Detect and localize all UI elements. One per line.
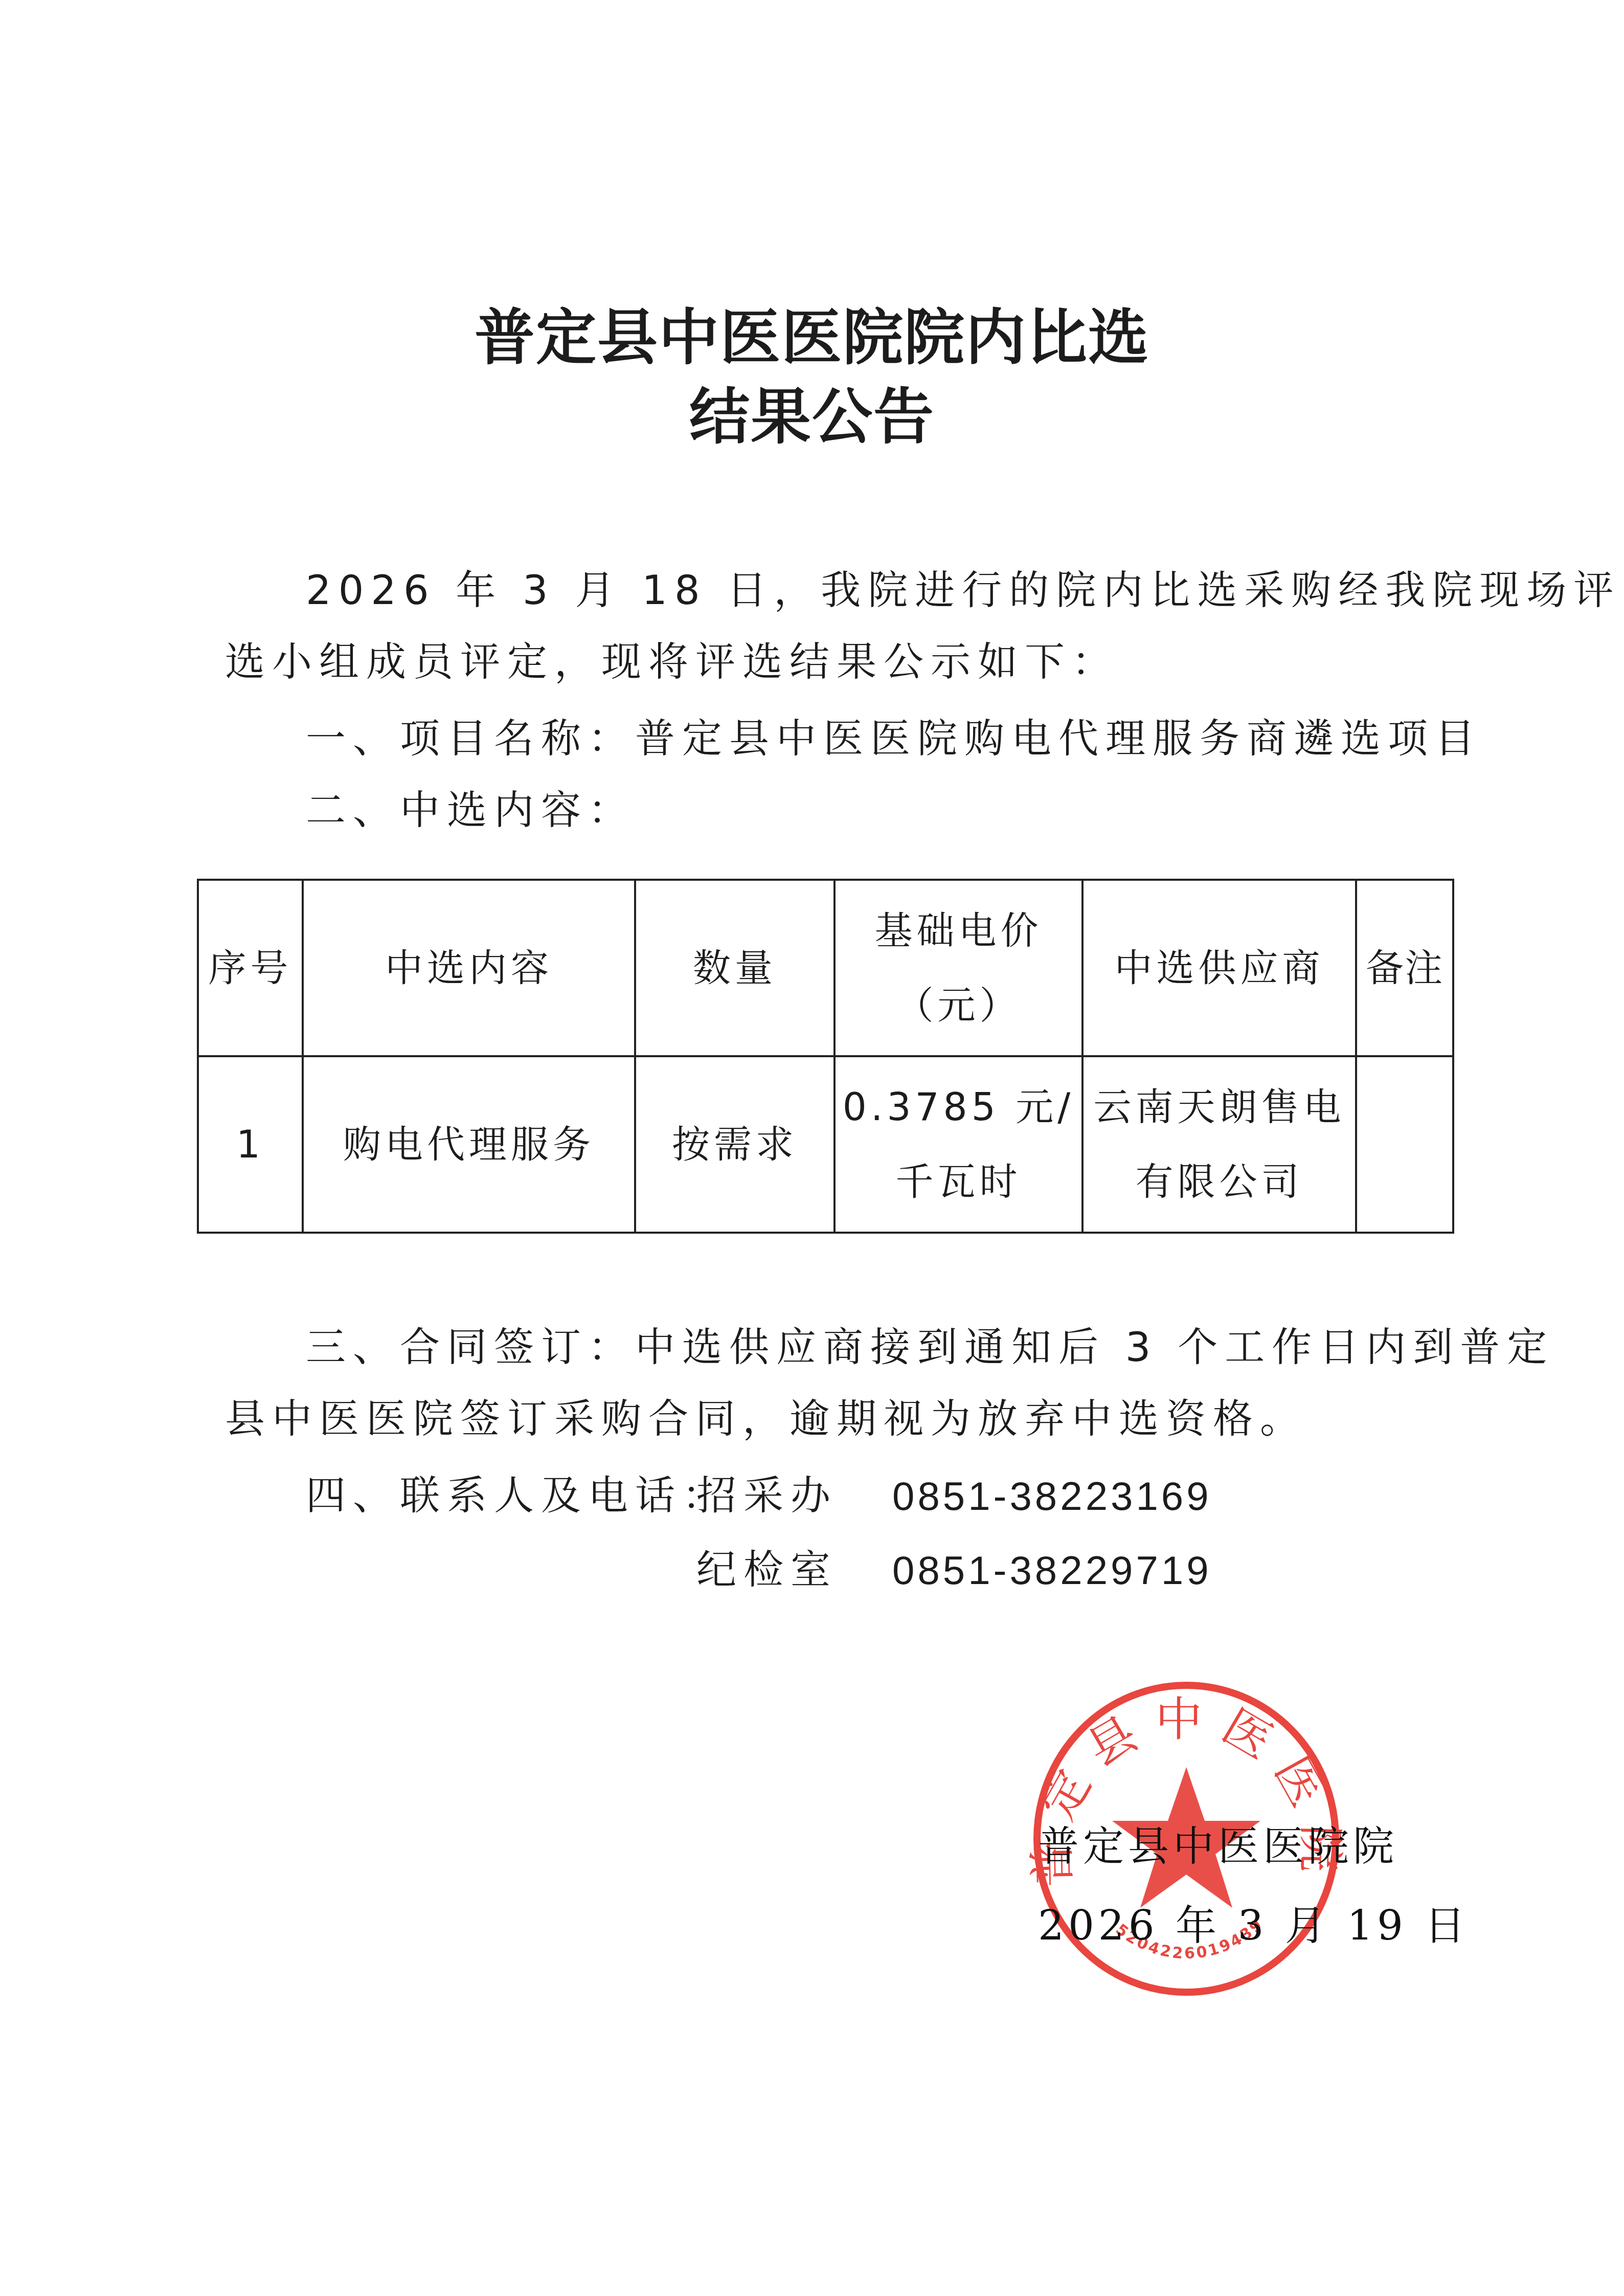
signature-date: 2026 年 3 月 19 日 [1038, 1900, 1469, 1951]
cell-price-line1: 0.3785 元/ [836, 1083, 1081, 1132]
cell-remarks [1356, 1056, 1453, 1233]
contact-phone-2: 0851-38229719 [892, 1545, 1212, 1596]
table-header-row: 序号 中选内容 数量 基础电价 （元） 中选供应商 备注 [198, 880, 1453, 1056]
header-supplier: 中选供应商 [1082, 880, 1356, 1056]
header-content: 中选内容 [303, 880, 635, 1056]
contact-phone-1: 0851-38223169 [892, 1470, 1212, 1522]
cell-supplier-line2: 有限公司 [1084, 1157, 1355, 1207]
cell-seq: 1 [198, 1056, 303, 1233]
document-title-line2: 结果公告 [0, 381, 1624, 453]
cell-quantity: 按需求 [635, 1056, 834, 1233]
section-project-name: 一、项目名称：普定县中医医院购电代理服务商遴选项目 [306, 714, 1482, 765]
section-contract-line2: 县中医医院签订采购合同，逾期视为放弃中选资格。 [225, 1394, 1307, 1445]
document-page: 普定县中医医院院内比选 结果公告 2026 年 3 月 18 日，我院进行的院内… [0, 0, 1624, 2296]
intro-paragraph-line2: 选小组成员评定，现将评选结果公示如下： [225, 637, 1119, 688]
table-row: 1 购电代理服务 按需求 0.3785 元/ 千瓦时 云南天朗售电 有限公司 [198, 1056, 1453, 1233]
section-selected-content-heading: 二、中选内容： [306, 785, 635, 836]
contact-dept-2: 纪检室 [696, 1545, 838, 1596]
header-price: 基础电价 （元） [834, 880, 1082, 1056]
cell-supplier-line1: 云南天朗售电 [1084, 1083, 1355, 1132]
cell-price-line2: 千瓦时 [836, 1157, 1081, 1207]
contact-dept-1: 招采办 [696, 1470, 838, 1522]
header-remarks: 备注 [1356, 880, 1453, 1056]
cell-price: 0.3785 元/ 千瓦时 [834, 1056, 1082, 1233]
header-price-line1: 基础电价 [836, 906, 1081, 955]
section-contract-line1: 三、合同签订：中选供应商接到通知后 3 个工作日内到普定 [306, 1322, 1554, 1373]
section-contacts-label: 四、联系人及电话： [306, 1470, 729, 1522]
document-title-line1: 普定县中医医院院内比选 [0, 302, 1624, 373]
header-price-line2: （元） [836, 981, 1081, 1030]
signature-organization: 普定县中医医院院 [1038, 1821, 1398, 1872]
cell-supplier: 云南天朗售电 有限公司 [1082, 1056, 1356, 1233]
header-seq: 序号 [198, 880, 303, 1056]
cell-content: 购电代理服务 [303, 1056, 635, 1233]
intro-paragraph-line1: 2026 年 3 月 18 日，我院进行的院内比选采购经我院现场评 [306, 565, 1620, 616]
header-quantity: 数量 [635, 880, 834, 1056]
result-table: 序号 中选内容 数量 基础电价 （元） 中选供应商 备注 1 购电代理服务 按需… [197, 879, 1454, 1234]
